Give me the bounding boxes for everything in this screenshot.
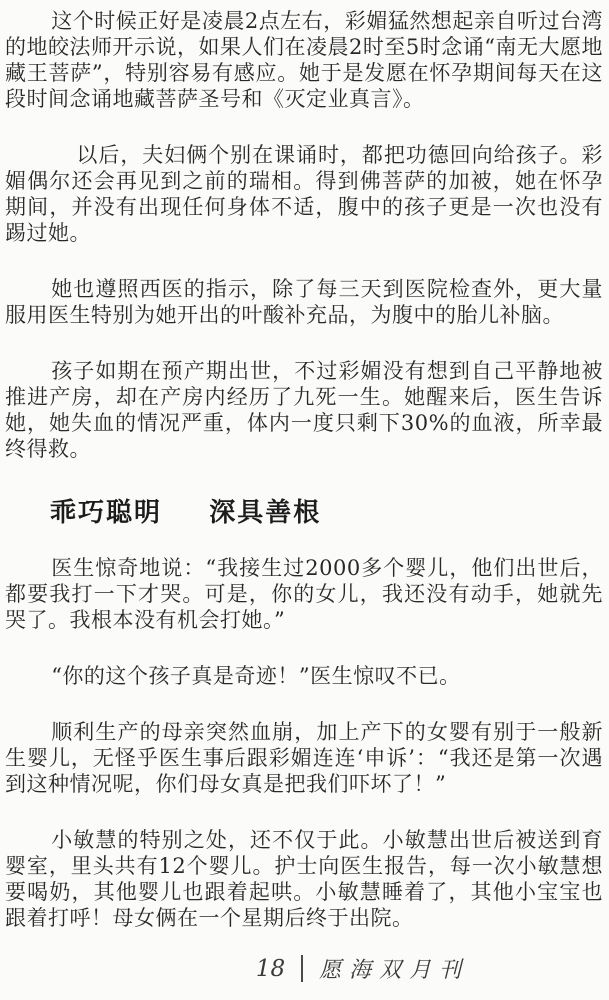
footer-divider bbox=[301, 955, 303, 982]
section-heading: 乖巧聪明 深具善根 bbox=[5, 492, 603, 529]
paragraph: 医生惊奇地说：“我接生过2000多个婴儿，他们出世后，都要我打一下才哭。可是，你… bbox=[5, 555, 603, 633]
paragraph: 这个时候正好是凌晨2点左右，彩媚猛然想起亲自听过台湾的地皎法师开示说，如果人们在… bbox=[5, 8, 603, 112]
paragraph: “你的这个孩子真是奇迹！”医生惊叹不已。 bbox=[5, 663, 603, 689]
page-footer: 18 愿海双月刊 bbox=[58, 953, 609, 984]
page-number: 18 bbox=[256, 956, 285, 982]
paragraph: 她也遵照西医的指示，除了每三天到医院检查外，更大量服用医生特别为她开出的叶酸补充… bbox=[5, 276, 603, 328]
section-heading-part-1: 乖巧聪明 bbox=[50, 497, 162, 527]
paragraph: 顺利生产的母亲突然血崩，加上产下的女婴有别于一般新生婴儿，无怪乎医生事后跟彩媚连… bbox=[5, 719, 603, 797]
paragraph: 孩子如期在预产期出世，不过彩媚没有想到自己平静地被推进产房，却在产房内经历了九死… bbox=[5, 358, 603, 462]
article-body: 这个时候正好是凌晨2点左右，彩媚猛然想起亲自听过台湾的地皎法师开示说，如果人们在… bbox=[0, 0, 609, 931]
paragraph: 小敏慧的特别之处，还不仅于此。小敏慧出世后被送到育婴室，里头共有12个婴儿。护士… bbox=[5, 827, 603, 931]
journal-name: 愿海双月刊 bbox=[319, 953, 469, 984]
paragraph: 以后，夫妇俩个别在课诵时，都把功德回向给孩子。彩媚偶尔还会再见到之前的瑞相。得到… bbox=[5, 142, 603, 246]
section-heading-part-2: 深具善根 bbox=[209, 497, 321, 527]
magazine-page: 这个时候正好是凌晨2点左右，彩媚猛然想起亲自听过台湾的地皎法师开示说，如果人们在… bbox=[0, 0, 609, 1000]
